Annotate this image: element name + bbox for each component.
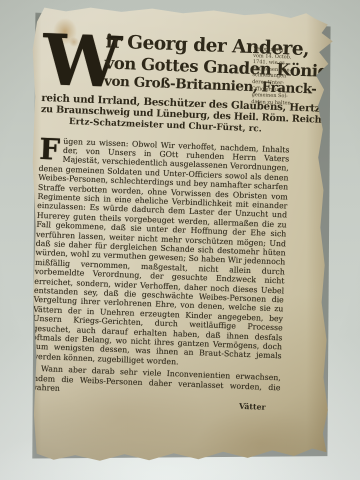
drop-cap-f: F	[39, 136, 61, 162]
marginal-note: Verordnung vom 14. Octob. 1741. wie es m…	[251, 46, 309, 107]
ornate-initial-w: W	[42, 29, 106, 93]
body-paragraph-1: Fügen zu wissen: Obwol Wir verhoffet, na…	[31, 135, 289, 370]
body-text: Fügen zu wissen: Obwol Wir verhoffet, na…	[30, 135, 290, 412]
printed-area: Verordnung vom 14. Octob. 1741. wie es m…	[30, 29, 294, 413]
document-paper: Verordnung vom 14. Octob. 1741. wie es m…	[29, 3, 337, 471]
paragraph-1-text: ügen zu wissen: Obwol Wir verhoffet, nac…	[31, 136, 289, 366]
